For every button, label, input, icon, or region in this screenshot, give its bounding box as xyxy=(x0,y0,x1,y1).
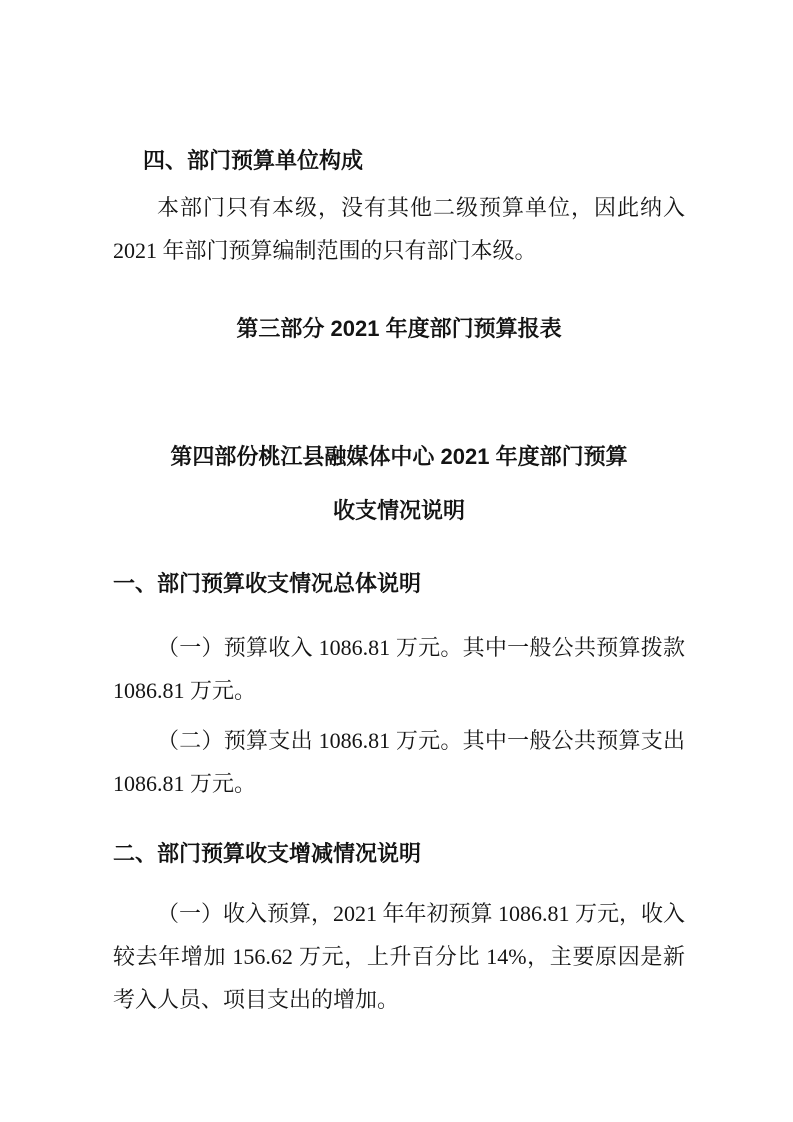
section4-heading: 四、部门预算单位构成 xyxy=(113,144,685,178)
overview-item-expense: （二）预算支出 1086.81 万元。其中一般公共预算支出 1086.81 万元… xyxy=(113,719,685,805)
overview-item-income: （一）预算收入 1086.81 万元。其中一般公共预算拨款 1086.81 万元… xyxy=(113,626,685,712)
document-page: 四、部门预算单位构成 本部门只有本级，没有其他二级预算单位，因此纳入 2021 … xyxy=(0,0,793,1122)
part4-title-line2: 收支情况说明 xyxy=(113,494,685,528)
change-item-income: （一）收入预算，2021 年年初预算 1086.81 万元，收入较去年增加 15… xyxy=(113,892,685,1021)
overview-heading: 一、部门预算收支情况总体说明 xyxy=(113,567,685,601)
section4-paragraph: 本部门只有本级，没有其他二级预算单位，因此纳入 2021 年部门预算编制范围的只… xyxy=(113,186,685,272)
change-heading: 二、部门预算收支增减情况说明 xyxy=(113,837,685,871)
part4-title-line1: 第四部份桃江县融媒体中心 2021 年度部门预算 xyxy=(113,440,685,474)
part3-title: 第三部分 2021 年度部门预算报表 xyxy=(113,312,685,346)
